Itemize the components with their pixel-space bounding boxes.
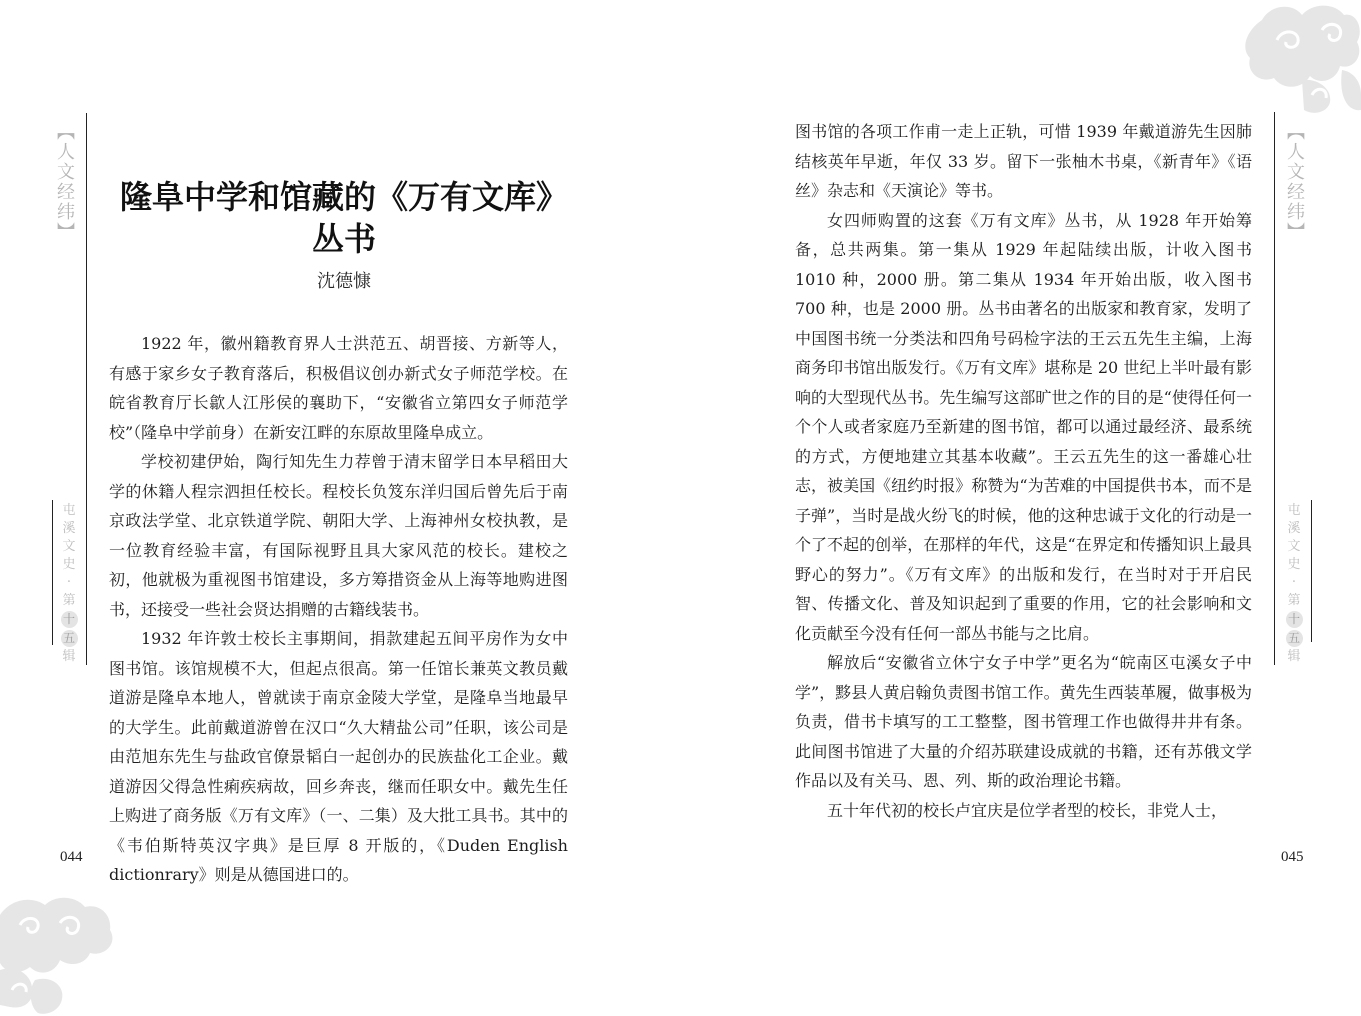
inner-rule	[1274, 112, 1275, 665]
circled-numeral: 五	[1286, 630, 1303, 647]
section-tag-humanities: 【人文经纬】	[1282, 122, 1304, 242]
series-char: 溪	[1287, 520, 1300, 538]
cloud-ornament-icon	[0, 895, 115, 1016]
series-char: 史	[1287, 556, 1300, 574]
series-tag: 屯 溪 文 史 · 第 十 五 辑	[1283, 502, 1305, 666]
title-line-2: 丛书	[100, 218, 588, 260]
series-char: 屯	[62, 502, 75, 520]
page-number: 045	[1281, 849, 1304, 866]
series-char: ·	[1292, 574, 1296, 592]
right-body-text: 图书馆的各项工作甫一走上正轨，可惜 1939 年戴道游先生因肺结核英年早逝，年仅…	[795, 117, 1252, 825]
section-tag-humanities: 【人文经纬】	[52, 122, 74, 242]
series-char: 史	[62, 556, 75, 574]
paragraph: 图书馆的各项工作甫一走上正轨，可惜 1939 年戴道游先生因肺结核英年早逝，年仅…	[795, 117, 1252, 206]
cloud-ornament-icon	[1242, 0, 1361, 115]
series-char: 辑	[1287, 648, 1300, 666]
circled-numeral: 十	[61, 611, 78, 628]
inner-rule	[86, 113, 87, 665]
paragraph: 1932 年许敦士校长主事期间，捐款建起五间平房作为女中图书馆。该馆规模不大，但…	[109, 624, 568, 890]
paragraph: 1922 年，徽州籍教育界人士洪范五、胡晋接、方新等人，有感于家乡女子教育落后，…	[109, 329, 568, 447]
series-tag: 屯 溪 文 史 · 第 十 五 辑	[58, 502, 80, 666]
series-char: 第	[1287, 592, 1300, 610]
paragraph: 学校初建伊始，陶行知先生力荐曾于清末留学日本早稻田大学的休籍人程宗泗担任校长。程…	[109, 447, 568, 624]
series-char: 屯	[1287, 502, 1300, 520]
series-char: 溪	[62, 520, 75, 538]
series-char: 文	[1287, 538, 1300, 556]
series-char: 文	[62, 538, 75, 556]
outer-rule	[1311, 500, 1312, 642]
paragraph: 女四师购置的这套《万有文库》丛书，从 1928 年开始筹备，总共两集。第一集从 …	[795, 206, 1252, 649]
outer-rule	[52, 500, 53, 645]
title-line-1: 隆阜中学和馆藏的《万有文库》	[100, 176, 588, 218]
paragraph: 解放后“安徽省立休宁女子中学”更名为“皖南区屯溪女子中学”，黟县人黄启翰负责图书…	[795, 648, 1252, 796]
paragraph: 五十年代初的校长卢宜庆是位学者型的校长，非党人士，	[795, 796, 1252, 826]
series-char: 辑	[62, 648, 75, 666]
circled-numeral: 十	[1286, 611, 1303, 628]
author-name: 沈德慷	[100, 267, 588, 293]
article-title: 隆阜中学和馆藏的《万有文库》 丛书	[100, 176, 588, 260]
circled-numeral: 五	[61, 630, 78, 647]
right-page: 图书馆的各项工作甫一走上正轨，可惜 1939 年戴道游先生因肺结核英年早逝，年仅…	[680, 0, 1361, 1016]
left-body-text: 1922 年，徽州籍教育界人士洪范五、胡晋接、方新等人，有感于家乡女子教育落后，…	[109, 329, 568, 890]
page-number: 044	[60, 849, 83, 866]
left-page: 【人文经纬】 屯 溪 文 史 · 第 十 五 辑 隆阜中学和馆藏的《万有文库》 …	[0, 0, 680, 1016]
series-char: ·	[67, 574, 71, 592]
series-char: 第	[62, 592, 75, 610]
